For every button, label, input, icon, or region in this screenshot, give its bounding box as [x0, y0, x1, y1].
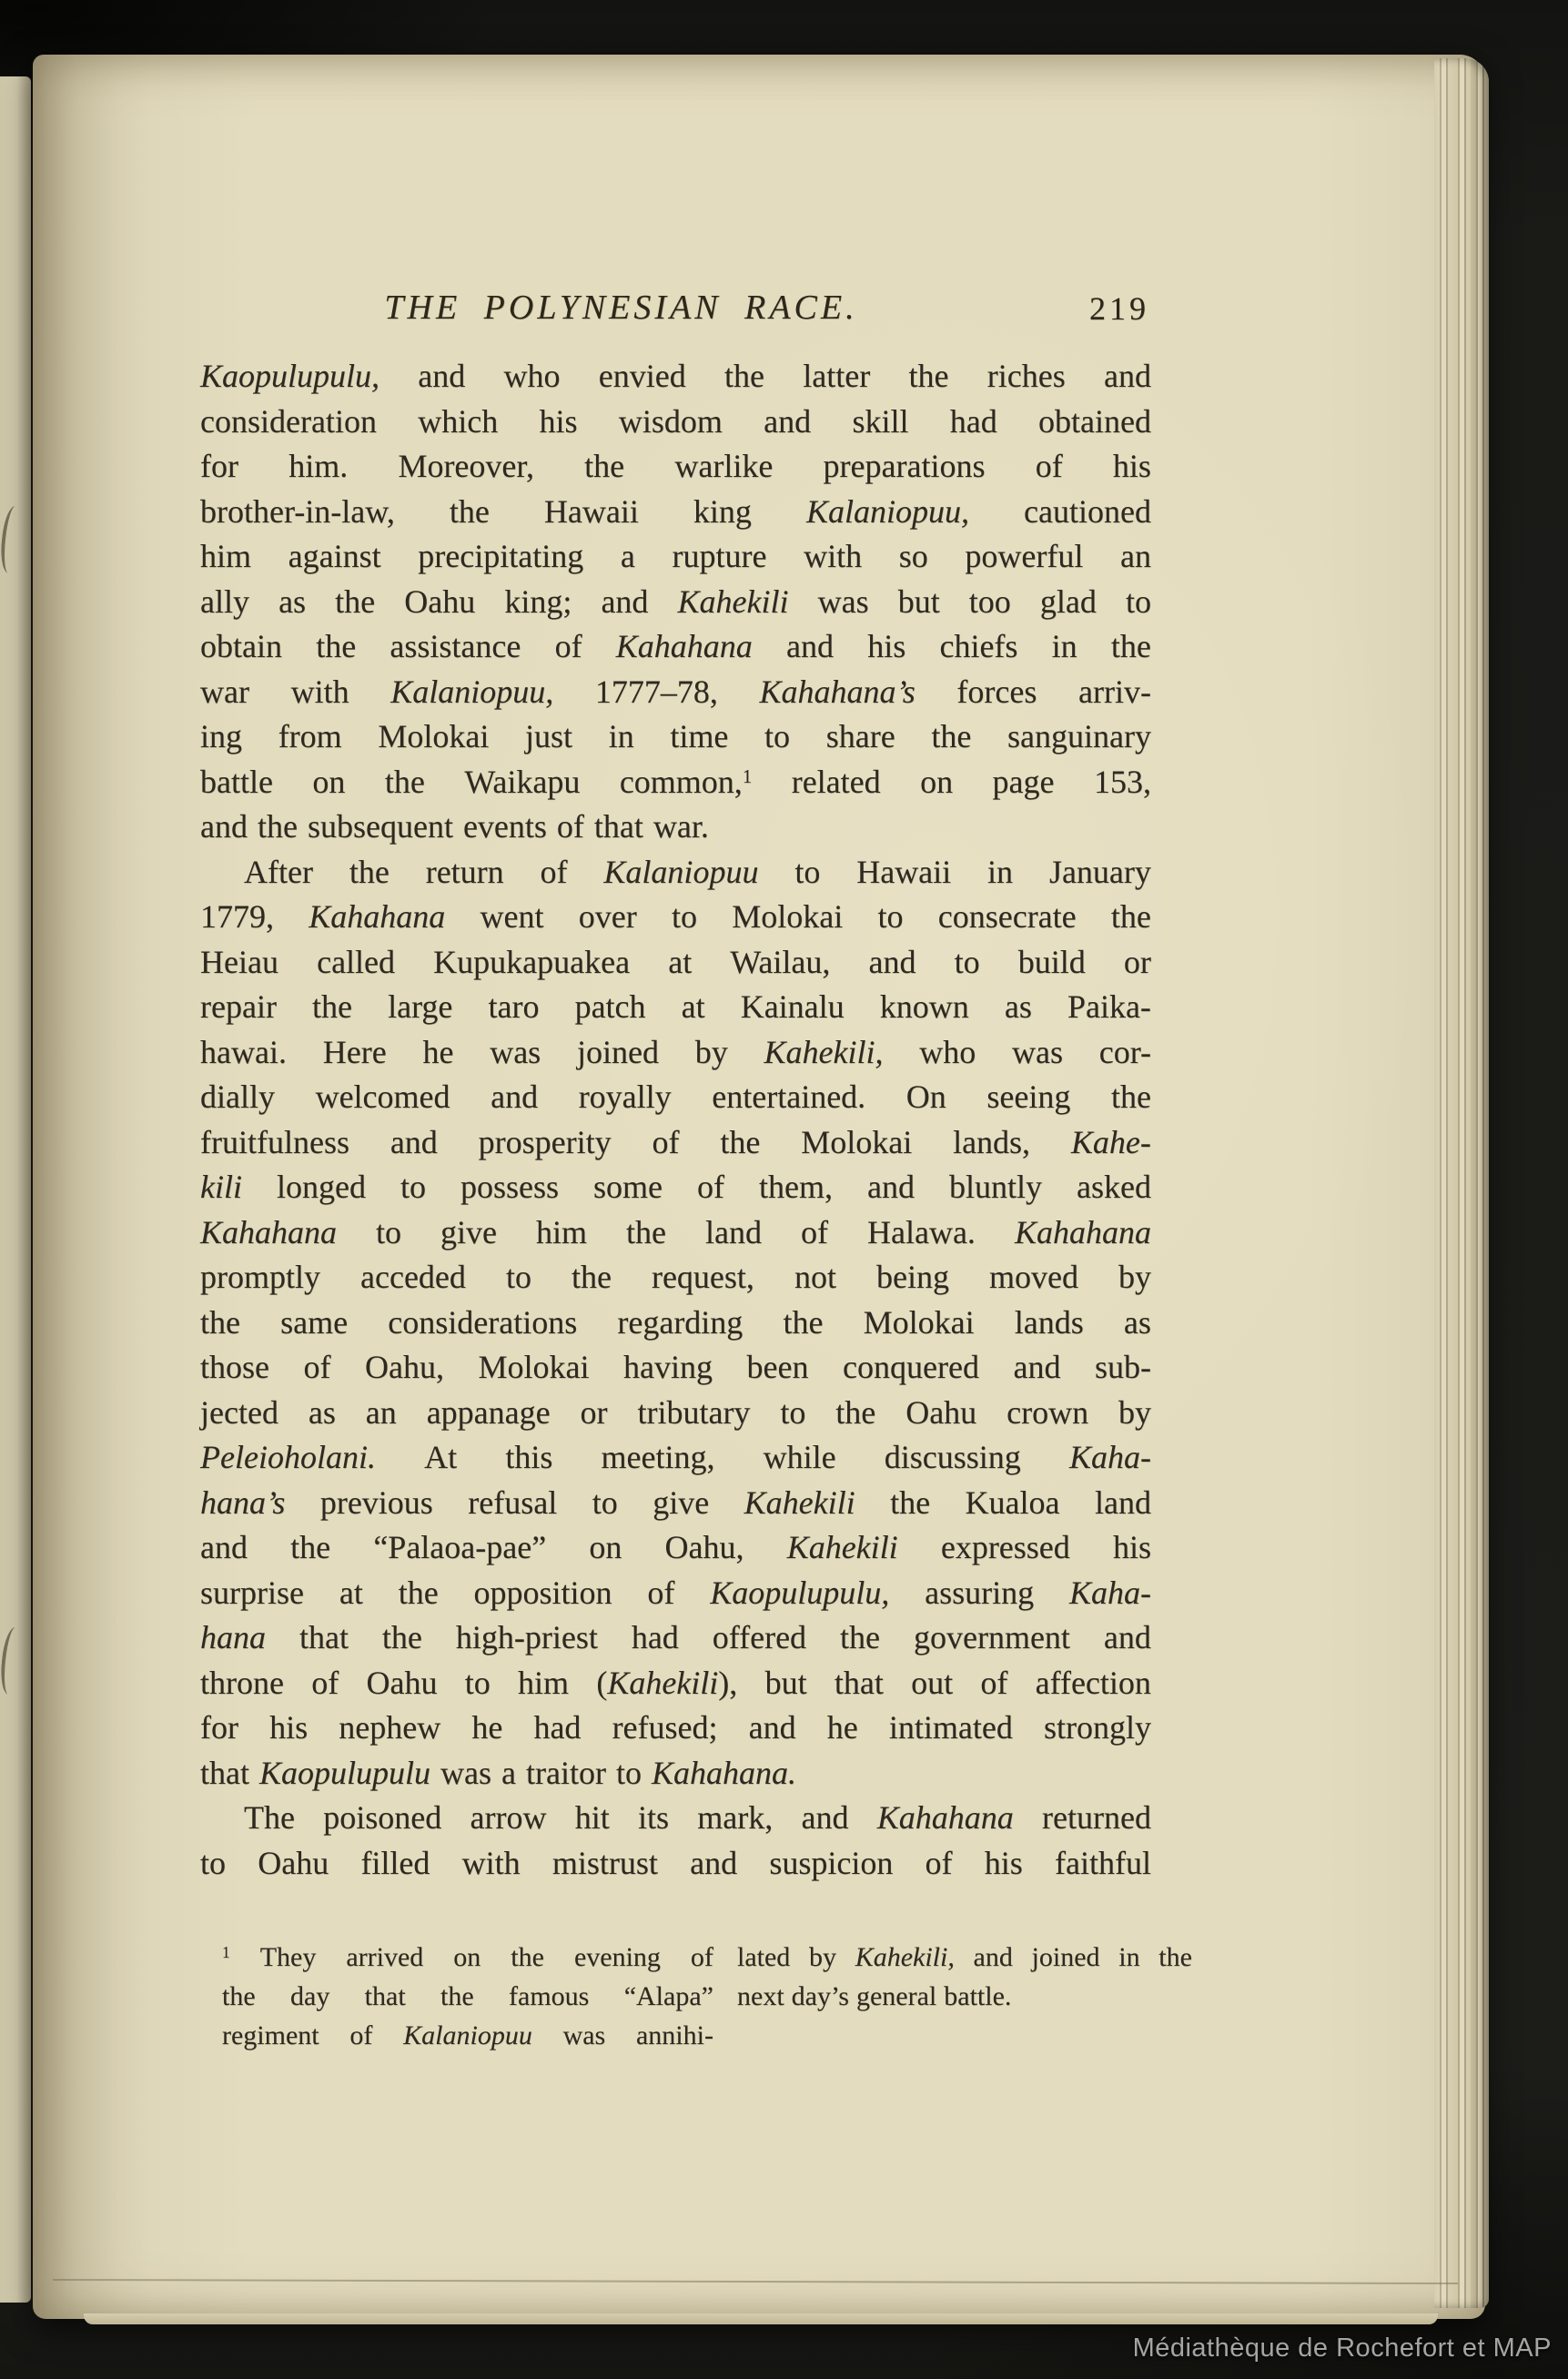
text-line: Peleioholani.Atthismeeting,whilediscussi…	[200, 1438, 1151, 1483]
text-line: 1Theyarrivedontheeveningof	[222, 1942, 713, 1981]
text-line: hawai.HerehewasjoinedbyKahekili,whowasco…	[200, 1033, 1151, 1078]
text-line: nextday’sgeneralbattle.	[737, 1981, 1192, 2020]
facing-page-edge	[0, 76, 31, 2303]
scanned-book-photo: THE POLYNESIAN RACE. 219 Kaopulupulu,and…	[0, 0, 1568, 2379]
text-line: hana’spreviousrefusaltogiveKahekilitheKu…	[200, 1483, 1151, 1529]
text-line: andthe“Palaoa-pae”onOahu,Kahekiliexpress…	[200, 1528, 1151, 1574]
text-line: diallywelcomedandroyallyentertained.Onse…	[200, 1078, 1151, 1123]
text-line: warwithKalaniopuu,1777–78,Kahahana’sforc…	[200, 673, 1151, 718]
text-line: allyastheOahuking;andKahekiliwasbuttoogl…	[200, 582, 1151, 628]
text-line: Thepoisonedarrowhititsmark,andKahahanare…	[200, 1798, 1151, 1844]
text-line: repairthelargetaropatchatKainaluknownasP…	[200, 987, 1151, 1033]
text-line: AfterthereturnofKalaniopuutoHawaiiinJanu…	[200, 853, 1151, 898]
text-line: promptlyaccededtotherequest,notbeingmove…	[200, 1258, 1151, 1303]
under-page-edge	[84, 2313, 1438, 2324]
text-line: himagainstprecipitatingarupturewithsopow…	[200, 537, 1151, 582]
text-line: andthesubsequenteventsofthatwar.	[200, 807, 1151, 853]
text-line: HeiaucalledKupukapuakeaatWailau,andtobui…	[200, 943, 1151, 988]
running-header: THE POLYNESIAN RACE. 219	[200, 288, 1151, 339]
text-line: thesameconsiderationsregardingtheMolokai…	[200, 1303, 1151, 1349]
text-line: kililongedtopossesssomeofthem,andbluntly…	[200, 1168, 1151, 1213]
text-line: forhim.Moreover,thewarlikepreparationsof…	[200, 447, 1151, 492]
text-line: forhisnephewhehadrefused;andheintimateds…	[200, 1708, 1151, 1754]
footnote: 1Theyarrivedontheeveningofthedaythatthef…	[222, 1942, 1192, 2060]
text-line: jectedasanappanageortributarytotheOahucr…	[200, 1393, 1151, 1439]
watermark: Médiathèque de Rochefort et MAP	[1133, 2333, 1552, 2364]
footnote-column-left: 1Theyarrivedontheeveningofthedaythatthef…	[222, 1942, 713, 2060]
text-line: battleontheWaikapucommon,1relatedonpage1…	[200, 763, 1151, 808]
text-line: KahahanatogivehimthelandofHalawa.Kahahan…	[200, 1213, 1151, 1259]
text-line: Kaopulupulu,andwhoenviedthelattertherich…	[200, 357, 1151, 402]
page-edge-stack	[1434, 58, 1489, 2308]
text-line: obtaintheassistanceofKahahanaandhischief…	[200, 627, 1151, 673]
text-line: thedaythatthefamous“Alapa”	[222, 1981, 713, 2020]
text-line: fruitfulnessandprosperityoftheMolokailan…	[200, 1123, 1151, 1169]
text-line: throneofOahutohim(Kahekili),butthatoutof…	[200, 1664, 1151, 1709]
body-text: Kaopulupulu,andwhoenviedthelattertherich…	[200, 357, 1151, 1888]
text-line: brother-in-law,theHawaiikingKalaniopuu,c…	[200, 492, 1151, 538]
text-line: surpriseattheoppositionofKaopulupulu,ass…	[200, 1574, 1151, 1619]
page-title: THE POLYNESIAN RACE.	[200, 288, 1042, 328]
text-line: ingfromMolokaijustintimetosharethesangui…	[200, 717, 1151, 763]
text-line: thatKaopulupuluwasatraitortoKahahana.	[200, 1754, 1151, 1799]
text-line: toOahufilledwithmistrustandsuspicionofhi…	[200, 1844, 1151, 1889]
text-line: 1779,KahahanawentovertoMolokaitoconsecra…	[200, 897, 1151, 943]
text-line: considerationwhichhiswisdomandskillhadob…	[200, 402, 1151, 448]
text-line: latedbyKahekili,andjoinedinthe	[737, 1942, 1192, 1981]
page-number: 219	[1089, 289, 1149, 328]
footnote-column-right: latedbyKahekili,andjoinedinthenextday’sg…	[737, 1942, 1192, 2060]
text-line: regimentofKalaniopuuwasannihi-	[222, 2020, 713, 2060]
text-line: thoseofOahu,Molokaihavingbeenconqueredan…	[200, 1348, 1151, 1393]
text-line: hanathatthehigh-priesthadofferedthegover…	[200, 1618, 1151, 1664]
